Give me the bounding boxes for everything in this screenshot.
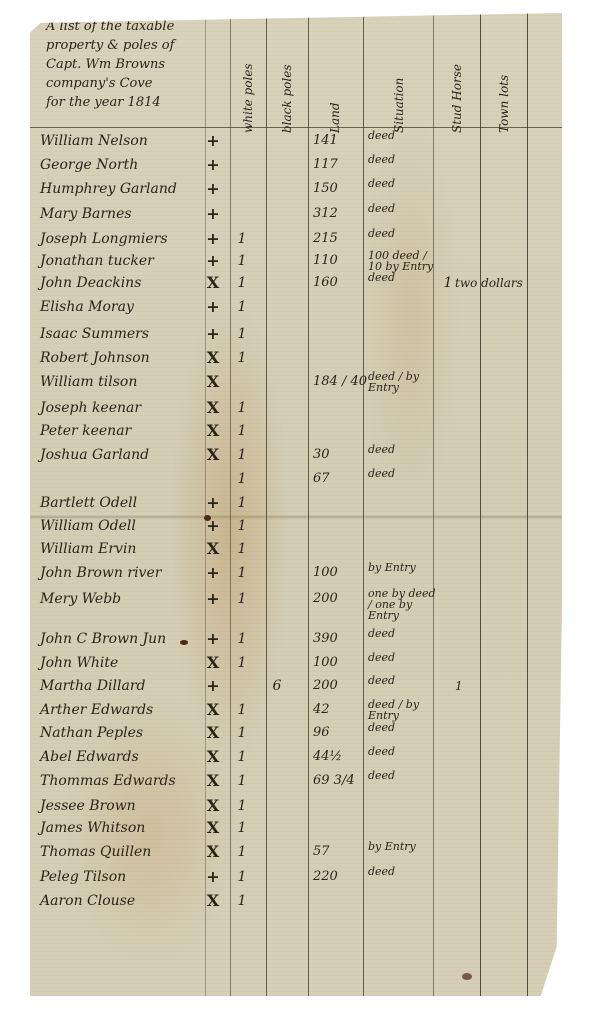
row-name: William Ervin — [40, 538, 136, 560]
situation-value: deed — [368, 722, 438, 733]
table-row: Joseph Longmiers+1215deed — [30, 228, 562, 250]
table-row: Thomas QuillenX157by Entry — [30, 841, 562, 863]
column-header-label: Stud Horse — [450, 64, 464, 133]
row-name: Peter keenar — [40, 420, 131, 442]
land-value: 42 — [313, 699, 353, 721]
table-row: Mary Barnes+312deed — [30, 203, 562, 225]
table-row: John Brown river+1100by Entry — [30, 562, 562, 584]
table-row: Bartlett Odell+1 — [30, 492, 562, 514]
row-mark: + — [202, 296, 224, 318]
column-header-town-lots: Town lots — [492, 33, 516, 133]
row-name: Robert Johnson — [40, 347, 150, 369]
table-row: Aaron ClouseX1 — [30, 890, 562, 912]
row-mark: + — [202, 323, 224, 345]
situation-value: deed — [368, 154, 438, 165]
row-name: Thommas Edwards — [40, 770, 176, 792]
land-value: 200 — [313, 675, 353, 697]
title-line: Capt. Wm Browns — [46, 55, 216, 74]
black-poles-value: 6 — [270, 675, 284, 697]
land-value: 184 / 40 — [313, 371, 353, 393]
row-name: Mery Webb — [40, 588, 121, 610]
land-value: 141 — [313, 130, 353, 152]
white-poles-value: 1 — [235, 250, 249, 272]
white-poles-value: 1 — [235, 746, 249, 768]
land-value: 215 — [313, 228, 353, 250]
row-mark: + — [202, 154, 224, 176]
row-name: William Odell — [40, 515, 136, 537]
row-name: Arther Edwards — [40, 699, 153, 721]
white-poles-value: 1 — [235, 515, 249, 537]
situation-value: by Entry — [368, 562, 438, 573]
land-value: 312 — [313, 203, 353, 225]
situation-value: deed — [368, 203, 438, 214]
white-poles-value: 1 — [235, 272, 249, 294]
row-mark: + — [202, 203, 224, 225]
white-poles-value: 1 — [235, 770, 249, 792]
table-row: Jonathan tucker+1110100 deed / 10 by Ent… — [30, 250, 562, 272]
table-row: John DeackinsX1160deed1two dollars — [30, 272, 562, 294]
row-mark: X — [202, 841, 224, 863]
white-poles-value: 1 — [235, 722, 249, 744]
table-row: William Odell+1 — [30, 515, 562, 537]
white-poles-value: 1 — [235, 492, 249, 514]
row-name: Aaron Clouse — [40, 890, 135, 912]
row-mark: + — [202, 675, 224, 697]
table-row: John C Brown Jun+1390deed — [30, 628, 562, 650]
situation-value: deed — [368, 272, 438, 283]
row-mark: + — [202, 130, 224, 152]
row-mark: X — [202, 397, 224, 419]
table-row: Jessee BrownX1 — [30, 795, 562, 817]
column-header-label: white poles — [241, 63, 255, 133]
row-name: Mary Barnes — [40, 203, 132, 225]
white-poles-value: 1 — [235, 323, 249, 345]
row-name: William tilson — [40, 371, 137, 393]
title-line: A list of the taxable — [46, 17, 216, 36]
title-line: property & poles of — [46, 36, 216, 55]
row-name: Abel Edwards — [40, 746, 139, 768]
white-poles-value: 1 — [235, 444, 249, 466]
table-row: Martha Dillard+6200deed1 — [30, 675, 562, 697]
row-mark: X — [202, 817, 224, 839]
table-row: Robert JohnsonX1 — [30, 347, 562, 369]
land-value: 117 — [313, 154, 353, 176]
row-name: Humphrey Garland — [40, 178, 177, 200]
table-row: Thommas EdwardsX169 3/4deed — [30, 770, 562, 792]
row-mark: X — [202, 347, 224, 369]
row-mark: X — [202, 444, 224, 466]
row-name: Nathan Peples — [40, 722, 143, 744]
row-name: John C Brown Jun — [40, 628, 166, 650]
ink-blot — [204, 515, 211, 521]
row-mark: X — [202, 272, 224, 294]
situation-value: deed — [368, 866, 438, 877]
white-poles-value: 1 — [235, 866, 249, 888]
row-name: Thomas Quillen — [40, 841, 151, 863]
row-mark: X — [202, 371, 224, 393]
row-name: Elisha Moray — [40, 296, 134, 318]
situation-value: deed — [368, 652, 438, 663]
white-poles-value: 1 — [235, 652, 249, 674]
white-poles-value: 1 — [235, 890, 249, 912]
table-row: Mery Webb+1200one by deed / one by Entry — [30, 588, 562, 610]
land-value: 44½ — [313, 746, 353, 768]
table-row: James WhitsonX1 — [30, 817, 562, 839]
land-value: 390 — [313, 628, 353, 650]
remark-value: 1 — [455, 675, 463, 697]
situation-value: deed — [368, 444, 438, 455]
row-name: William Nelson — [40, 130, 148, 152]
table-row: William Nelson+141deed — [30, 130, 562, 152]
row-mark: X — [202, 746, 224, 768]
situation-value: deed — [368, 228, 438, 239]
situation-value: deed — [368, 675, 438, 686]
white-poles-value: 1 — [235, 817, 249, 839]
table-row: William ErvinX1 — [30, 538, 562, 560]
table-row: Humphrey Garland+150deed — [30, 178, 562, 200]
title-line: company's Cove — [46, 74, 216, 93]
row-mark: + — [202, 588, 224, 610]
land-value: 96 — [313, 722, 353, 744]
column-header-label: Town lots — [497, 75, 511, 133]
table-row: John WhiteX1100deed — [30, 652, 562, 674]
row-mark: X — [202, 538, 224, 560]
row-mark: X — [202, 890, 224, 912]
row-mark: X — [202, 652, 224, 674]
table-row: George North+117deed — [30, 154, 562, 176]
situation-value: deed — [368, 628, 438, 639]
row-mark: X — [202, 795, 224, 817]
white-poles-value: 1 — [235, 468, 249, 490]
row-name: Joseph keenar — [40, 397, 141, 419]
land-value: 57 — [313, 841, 353, 863]
column-header-situation: Situation — [387, 33, 411, 133]
table-row: Joshua GarlandX130deed — [30, 444, 562, 466]
row-mark: + — [202, 250, 224, 272]
situation-value: deed — [368, 746, 438, 757]
row-mark: + — [202, 562, 224, 584]
table-row: Elisha Moray+1 — [30, 296, 562, 318]
white-poles-value: 1 — [235, 296, 249, 318]
row-mark: + — [202, 228, 224, 250]
remark-value: two dollars — [455, 272, 523, 294]
table-row: Peter keenarX1 — [30, 420, 562, 442]
white-poles-value: 1 — [235, 228, 249, 250]
situation-value: deed / by Entry — [368, 699, 438, 721]
row-name: Martha Dillard — [40, 675, 145, 697]
white-poles-value: 1 — [235, 699, 249, 721]
land-value: 67 — [313, 468, 353, 490]
row-mark: X — [202, 722, 224, 744]
row-name: Joshua Garland — [40, 444, 149, 466]
white-poles-value: 1 — [235, 795, 249, 817]
white-poles-value: 1 — [235, 347, 249, 369]
column-header-white-poles: white poles — [236, 33, 260, 133]
row-name: George North — [40, 154, 138, 176]
land-value: 69 3/4 — [313, 770, 353, 792]
table-row: Arther EdwardsX142deed / by Entry — [30, 699, 562, 721]
white-poles-value: 1 — [235, 628, 249, 650]
row-name: James Whitson — [40, 817, 145, 839]
document-page: A list of the taxable property & poles o… — [30, 13, 562, 996]
land-value: 110 — [313, 250, 353, 272]
column-header-stud-horse: Stud Horse — [445, 33, 469, 133]
white-poles-value: 1 — [235, 420, 249, 442]
column-header-black-poles: black poles — [275, 33, 299, 133]
row-mark: + — [202, 628, 224, 650]
row-mark: X — [202, 770, 224, 792]
land-value: 100 — [313, 562, 353, 584]
situation-value: by Entry — [368, 841, 438, 852]
row-name: Isaac Summers — [40, 323, 149, 345]
white-poles-value: 1 — [235, 397, 249, 419]
table-row: Nathan PeplesX196deed — [30, 722, 562, 744]
row-name: John White — [40, 652, 118, 674]
situation-value: deed — [368, 770, 438, 781]
column-header-label: black poles — [280, 65, 294, 133]
document-title: A list of the taxable property & poles o… — [46, 17, 216, 112]
ink-blot — [462, 973, 472, 980]
table-row: William tilsonX184 / 40deed / by Entry — [30, 371, 562, 393]
situation-value: deed — [368, 178, 438, 189]
white-poles-value: 1 — [235, 562, 249, 584]
land-value: 160 — [313, 272, 353, 294]
land-value: 100 — [313, 652, 353, 674]
row-name: Joseph Longmiers — [40, 228, 168, 250]
row-name: John Brown river — [40, 562, 161, 584]
situation-value: deed — [368, 468, 438, 479]
column-header-label: Situation — [392, 78, 406, 133]
row-mark: + — [202, 866, 224, 888]
situation-value: one by deed / one by Entry — [368, 588, 438, 621]
ink-blot — [180, 640, 188, 645]
table-row: Abel EdwardsX144½deed — [30, 746, 562, 768]
row-mark: X — [202, 420, 224, 442]
row-mark: + — [202, 178, 224, 200]
land-value: 30 — [313, 444, 353, 466]
column-header-land: Land — [323, 33, 347, 133]
situation-value: deed — [368, 130, 438, 141]
title-line: for the year 1814 — [46, 93, 216, 112]
row-name: Jessee Brown — [40, 795, 136, 817]
column-header-label: Land — [328, 102, 342, 133]
row-name: Peleg Tilson — [40, 866, 126, 888]
table-row: Joseph keenarX1 — [30, 397, 562, 419]
row-name: Bartlett Odell — [40, 492, 137, 514]
table-row: Isaac Summers+1 — [30, 323, 562, 345]
land-value: 200 — [313, 588, 353, 610]
row-mark: + — [202, 492, 224, 514]
row-name: John Deackins — [40, 272, 141, 294]
table-row: 167deed — [30, 468, 562, 490]
table-row: Peleg Tilson+1220deed — [30, 866, 562, 888]
land-value: 150 — [313, 178, 353, 200]
white-poles-value: 1 — [235, 538, 249, 560]
white-poles-value: 1 — [235, 588, 249, 610]
row-mark: X — [202, 699, 224, 721]
white-poles-value: 1 — [235, 841, 249, 863]
situation-value: 100 deed / 10 by Entry — [368, 250, 438, 272]
situation-value: deed / by Entry — [368, 371, 438, 393]
land-value: 220 — [313, 866, 353, 888]
row-name: Jonathan tucker — [40, 250, 154, 272]
